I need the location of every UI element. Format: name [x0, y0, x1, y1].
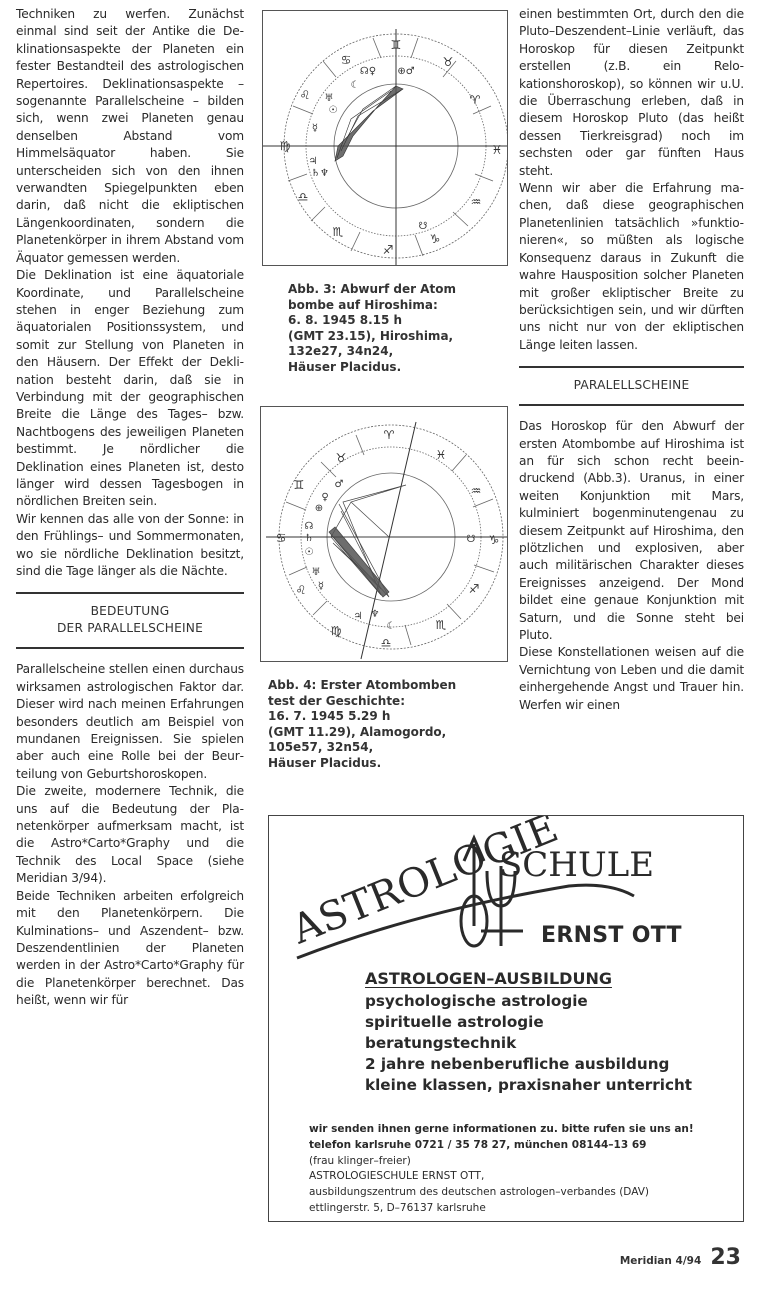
magazine-issue: Meridian 4/94	[620, 1255, 701, 1267]
caption-line: 6. 8. 1945 8.15 h	[288, 313, 498, 329]
zodiac-label: ♈	[470, 93, 481, 107]
planet-label: ⊕	[315, 503, 323, 514]
zodiac-label: ♐	[469, 582, 480, 596]
planet-label: ♅	[312, 567, 321, 578]
zodiac-label: ♎	[298, 190, 309, 204]
caption-line: Abb. 3: Abwurf der Atom­	[288, 282, 498, 298]
caption-line: Abb. 4: Erster Atombomben­	[268, 678, 498, 694]
caption-line: Häuser Placidus.	[288, 360, 498, 376]
offering-item: 2 jahre nebenberufliche ausbildung	[365, 1054, 692, 1075]
column-right: einen bestimmten Ort, durch den die Plut…	[519, 6, 744, 714]
paragraph: Techniken zu werfen. Zunächst einmal sin…	[16, 6, 244, 267]
planet-label: ☿	[312, 123, 318, 134]
horoscope-chart-hiroshima: ♊ ♉ ♈ ♓ ♒ ♑ ♐ ♏ ♎ ♍ ♌ ♋ ☊♀ ⊕♂ ☾ ♅ ☉ ☿ ♃ …	[262, 10, 508, 266]
zodiac-label: ♊	[294, 478, 305, 492]
zodiac-label: ♒	[471, 484, 482, 498]
caption-line: test der Geschichte:	[268, 694, 498, 710]
planet-label: ☾	[387, 621, 396, 632]
zodiac-label: ♌	[300, 88, 311, 102]
planet-label: ⊕♂	[397, 66, 414, 77]
offering-item: spirituelle astrologie	[365, 1012, 692, 1033]
contact-line: telefon karlsruhe 0721 / 35 78 27, münch…	[309, 1138, 694, 1154]
figure-caption-4: Abb. 4: Erster Atombomben­ test der Gesc…	[268, 678, 498, 772]
zodiac-label: ♍	[280, 139, 291, 153]
logo-word-schule: SCHULE	[499, 845, 654, 885]
planet-label: ♂	[335, 479, 344, 490]
planet-label: ☉	[329, 105, 338, 116]
zodiac-label: ♐	[383, 243, 394, 257]
planet-label: ☊♀	[360, 66, 376, 77]
page-footer: Meridian 4/94 23	[620, 1245, 741, 1270]
section-heading-line: BEDEUTUNG	[16, 603, 244, 620]
paragraph: einen bestimmten Ort, durch den die Plut…	[519, 6, 744, 180]
caption-line: 105e57, 32n54,	[268, 740, 498, 756]
contact-line: (frau klinger–freier)	[309, 1154, 694, 1170]
zodiac-label: ♉	[336, 451, 347, 465]
zodiac-label: ♏	[436, 618, 447, 632]
planet-label: ☋	[419, 221, 428, 232]
contact-line: ettlingerstr. 5, D–76137 karlsruhe	[309, 1201, 694, 1217]
school-name: ERNST OTT	[541, 923, 682, 948]
section-heading-line: DER PARALLELSCHEINE	[16, 620, 244, 637]
planet-label: ♆	[371, 609, 380, 620]
contact-line: ausbildungszentrum des deutschen astrolo…	[309, 1185, 694, 1201]
zodiac-gemini-label: ♊	[391, 38, 402, 52]
paragraph: Wenn wir aber die Erfahrung ma­chen, daß…	[519, 180, 744, 354]
ad-heading: ASTROLOGEN–AUSBILDUNG	[365, 969, 612, 988]
caption-line: bombe auf Hiroshima:	[288, 298, 498, 314]
zodiac-label: ♉	[443, 55, 454, 69]
advertisement-astrologieschule: ASTROLOGIE SCHULE ERNST OTT ASTROLOGEN–A…	[268, 815, 744, 1222]
caption-line: Häuser Placidus.	[268, 756, 498, 772]
paragraph: Die Deklination ist eine äquatoria­le Ko…	[16, 267, 244, 511]
offerings-list: psychologische astrologie spirituelle as…	[365, 991, 692, 1096]
planet-label: ☊	[305, 521, 314, 532]
contact-info: wir senden ihnen gerne informationen zu.…	[309, 1122, 694, 1217]
column-left: Techniken zu werfen. Zunächst einmal sin…	[16, 6, 244, 1010]
caption-line: 132e27, 34n24,	[288, 344, 498, 360]
zodiac-label: ♋	[341, 53, 352, 67]
offering-item: beratungstechnik	[365, 1033, 692, 1054]
paragraph: Wir kennen das alle von der Son­ne: in d…	[16, 511, 244, 581]
paragraph: Parallelscheine stellen einen durchaus w…	[16, 661, 244, 783]
page-number: 23	[710, 1245, 741, 1270]
planet-label: ☿	[318, 581, 324, 592]
offering-item: kleine klassen, praxisnaher unterricht	[365, 1075, 692, 1096]
planet-label: ♄♆	[311, 168, 329, 179]
planet-label: ☾	[351, 80, 360, 91]
section-heading-line: PARALELLSCHEINE	[519, 377, 744, 394]
zodiac-label: ♌	[296, 583, 307, 597]
figure-caption-3: Abb. 3: Abwurf der Atom­ bombe auf Hiros…	[288, 282, 498, 376]
planet-label: ♄	[305, 533, 314, 544]
paragraph: Diese Konstellationen weisen auf die Ver…	[519, 644, 744, 714]
zodiac-label: ♋	[276, 531, 287, 545]
paragraph: Beide Techniken arbeiten erfolg­reich mi…	[16, 888, 244, 1010]
contact-line: ASTROLOGIESCHULE ERNST OTT,	[309, 1169, 694, 1185]
offering-item: psychologische astrologie	[365, 991, 692, 1012]
zodiac-label: ♎	[381, 636, 392, 650]
contact-line: wir senden ihnen gerne informationen zu.…	[309, 1122, 694, 1138]
section-heading-paralellscheine: PARALELLSCHEINE	[519, 366, 744, 406]
planet-label: ♃	[309, 156, 318, 167]
horoscope-wheel-icon: ♈ ♓ ♒ ♑ ♐ ♏ ♎ ♍ ♌ ♋ ♊ ♉ ♂ ♀ ⊕ ☊ ♄ ☉ ♅ ☿ …	[261, 407, 507, 661]
planet-label: ♀	[321, 492, 328, 503]
zodiac-label: ♏	[333, 225, 344, 239]
planet-label: ♅	[325, 93, 334, 104]
horoscope-chart-alamogordo: ♈ ♓ ♒ ♑ ♐ ♏ ♎ ♍ ♌ ♋ ♊ ♉ ♂ ♀ ⊕ ☊ ♄ ☉ ♅ ☿ …	[260, 406, 508, 662]
zodiac-label: ♒	[471, 195, 482, 209]
caption-line: (GMT 11.29), Alamogordo,	[268, 725, 498, 741]
zodiac-label: ♑	[489, 533, 500, 547]
zodiac-label: ♓	[492, 143, 503, 157]
planet-label: ☉	[305, 547, 314, 558]
planet-label: ☋	[467, 534, 476, 545]
planet-label: ♃	[354, 611, 363, 622]
zodiac-label: ♍	[331, 624, 342, 638]
zodiac-label: ♈	[384, 428, 395, 442]
section-heading-bedeutung: BEDEUTUNG DER PARALLELSCHEINE	[16, 592, 244, 649]
caption-line: (GMT 23.15), Hiroshima,	[288, 329, 498, 345]
caption-line: 16. 7. 1945 5.29 h	[268, 709, 498, 725]
paragraph: Die zweite, modernere Technik, die uns a…	[16, 783, 244, 887]
zodiac-label: ♑	[430, 232, 441, 246]
zodiac-label: ♓	[436, 448, 447, 462]
horoscope-wheel-icon: ♊ ♉ ♈ ♓ ♒ ♑ ♐ ♏ ♎ ♍ ♌ ♋ ☊♀ ⊕♂ ☾ ♅ ☉ ☿ ♃ …	[263, 11, 507, 265]
paragraph: Das Horoskop für den Abwurf der ersten A…	[519, 418, 744, 644]
